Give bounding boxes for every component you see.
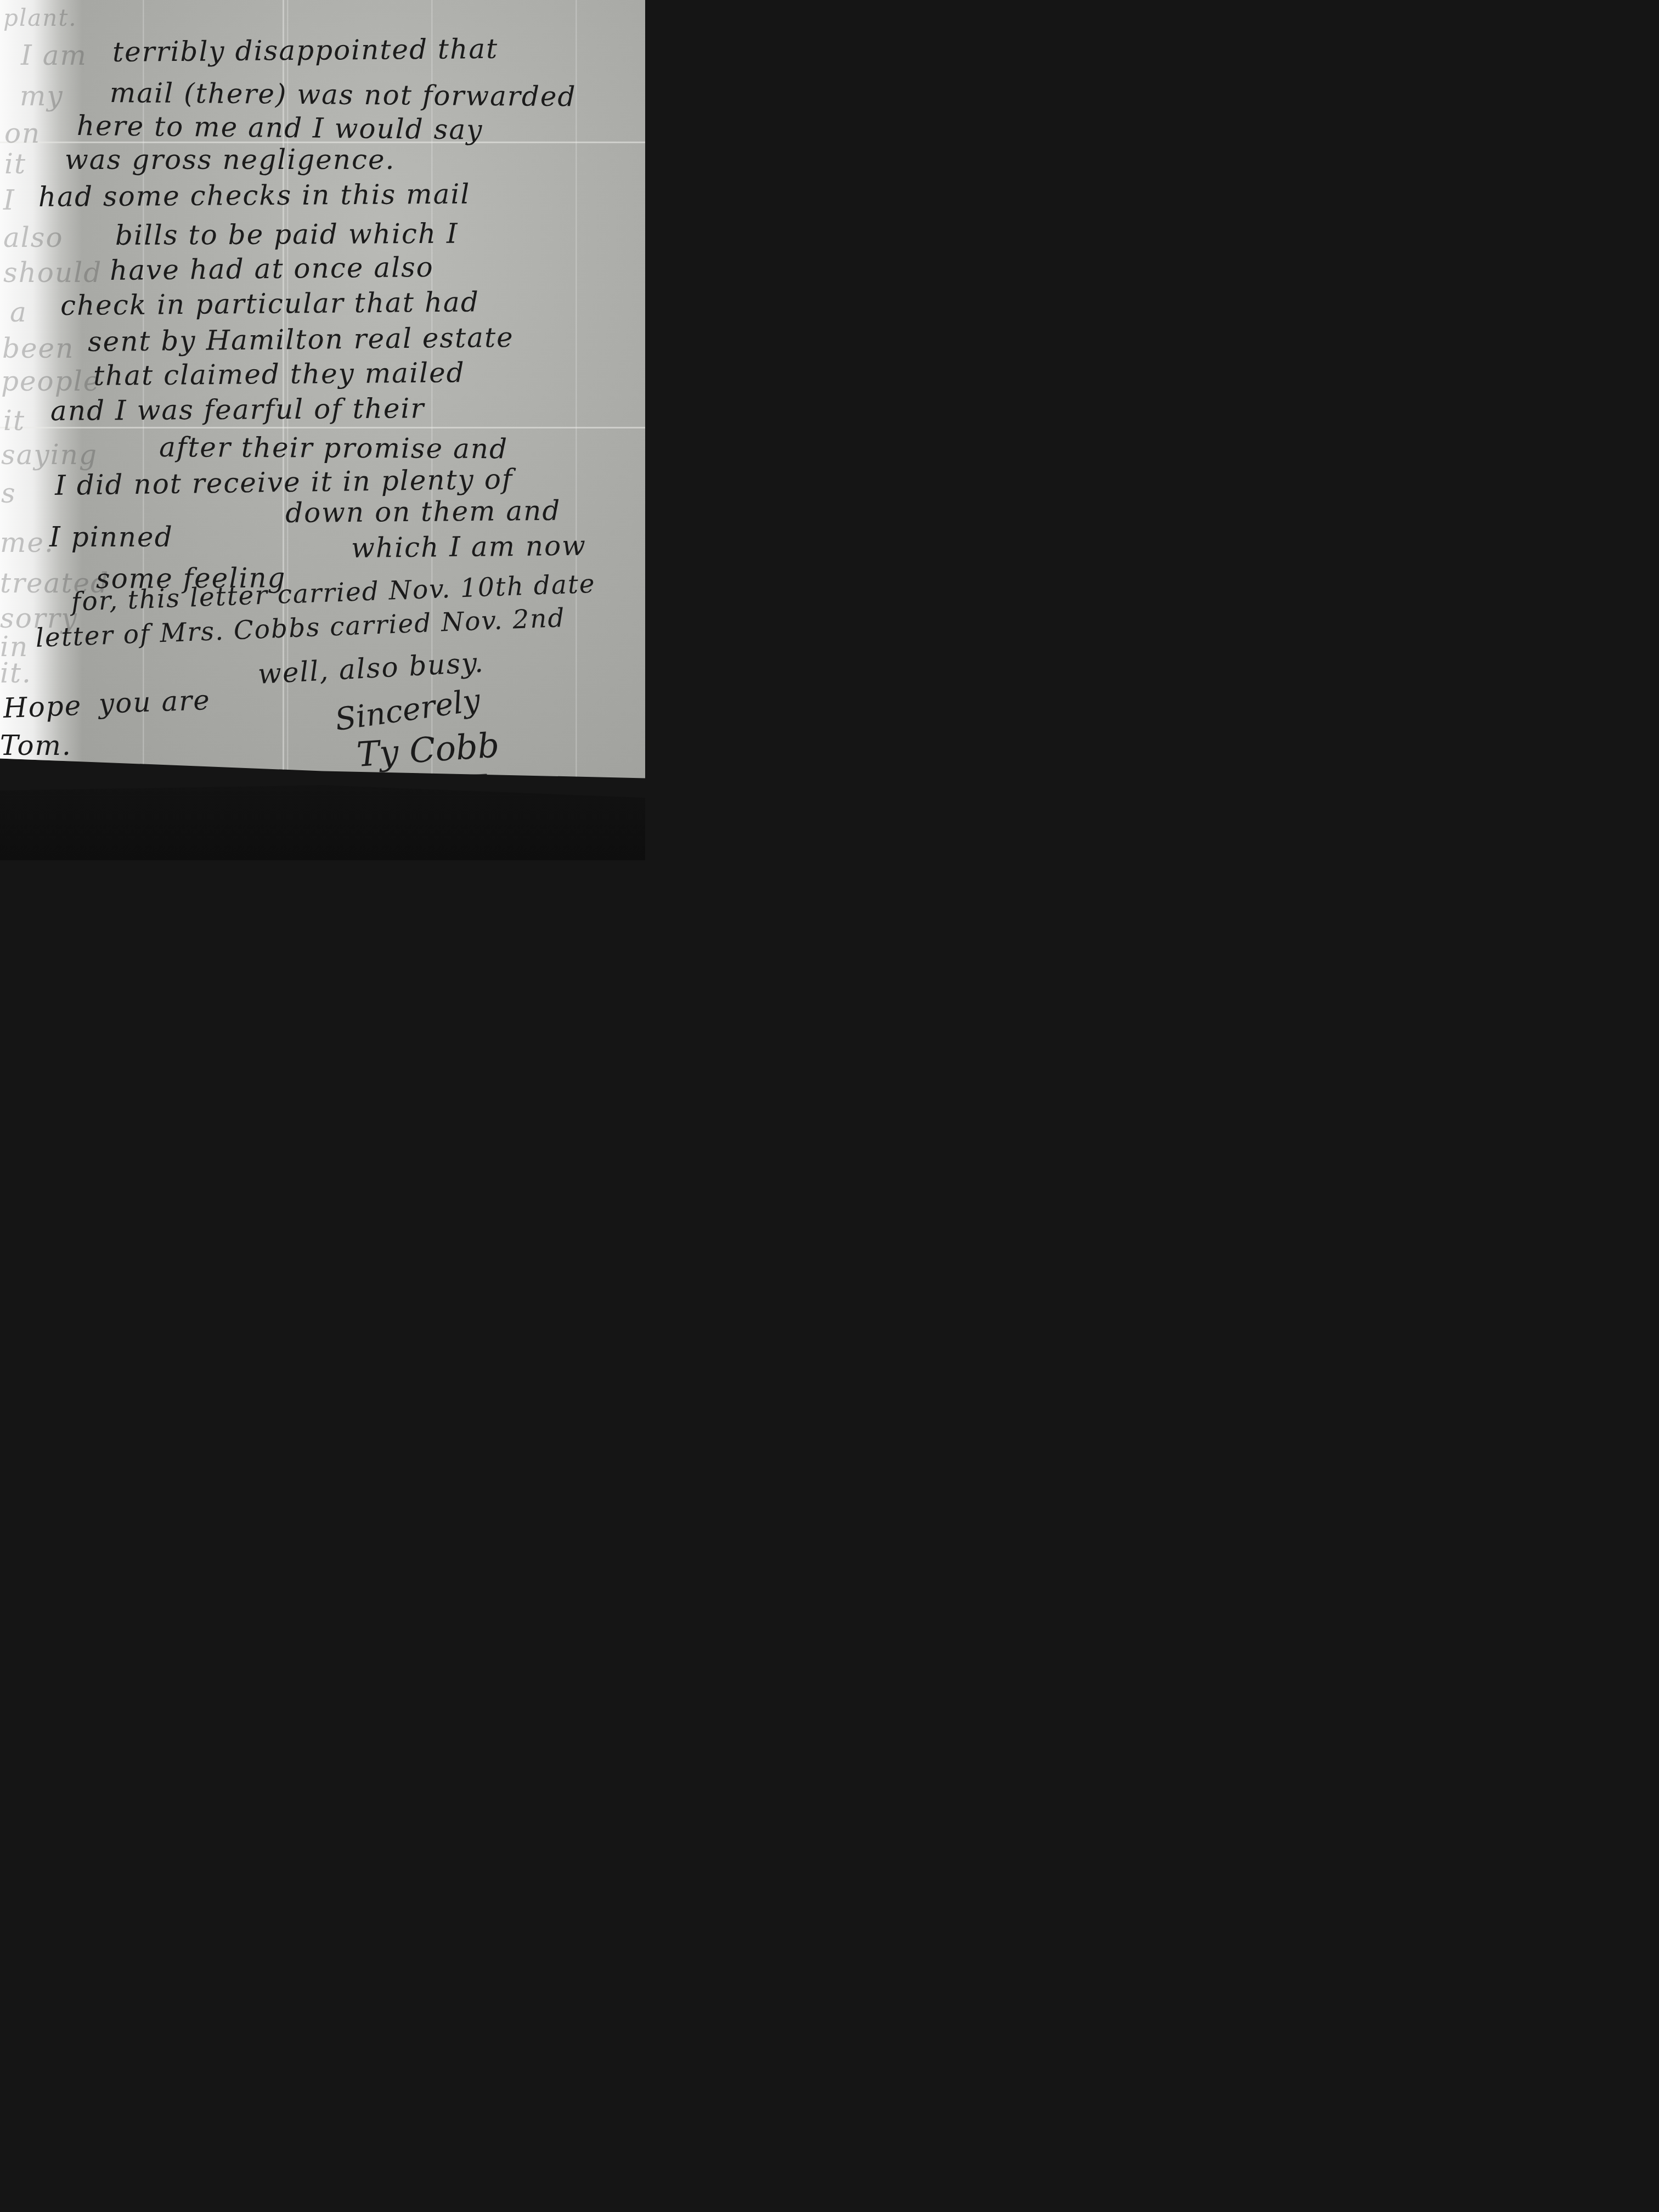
letter-line: Tom. (0, 730, 72, 761)
letter-line: terribly disappointed that (112, 33, 499, 68)
margin-word: my (20, 80, 64, 112)
letter-line: I pinned (49, 521, 173, 553)
margin-word: a (10, 296, 27, 328)
letter-line: had some checks in this mail (38, 178, 471, 213)
letter-line: was gross negligence. (65, 144, 395, 176)
margin-word: been (2, 332, 74, 364)
letter-line: well, also busy. (257, 646, 484, 690)
margin-word: s (1, 477, 16, 509)
margin-word: me. (0, 527, 54, 558)
paper-fold-horizontal (0, 427, 645, 428)
letter-line: check in particular that had (60, 286, 479, 321)
margin-word: it (3, 405, 25, 437)
letter-line: have had at once also (110, 251, 434, 286)
letter-line: mail (there) was not forwarded (110, 77, 577, 112)
letter-line: here to me and I would say (77, 110, 483, 146)
margin-word: should (3, 257, 102, 289)
letter-line: down on them and (285, 495, 561, 529)
margin-word: saying (1, 439, 98, 471)
letter-line: sent by Hamilton real estate (88, 321, 514, 358)
letter-line: you are (98, 684, 211, 720)
margin-word: I (3, 184, 15, 216)
letter-line: bills to be paid which I (115, 218, 459, 251)
margin-word: I am (21, 39, 87, 71)
letter-line: which I am now (351, 530, 587, 564)
margin-word: on (4, 117, 41, 149)
letter-line: Hope (3, 690, 82, 724)
letter-line: after their promise and (159, 431, 508, 465)
letter-photo: plant. I am terribly disappointed that m… (0, 0, 645, 860)
picture-frame-edge (0, 771, 645, 860)
letter-line: that claimed they mailed (93, 357, 465, 392)
margin-word: it. (0, 657, 32, 689)
margin-word: plant. (3, 4, 77, 31)
letter-line: and I was fearful of their (50, 392, 425, 427)
letter-paper: plant. I am terribly disappointed that m… (0, 0, 645, 790)
margin-word: also (3, 222, 64, 253)
signature-underline (328, 774, 487, 783)
margin-word: people (1, 365, 100, 397)
margin-word: it (4, 148, 26, 180)
